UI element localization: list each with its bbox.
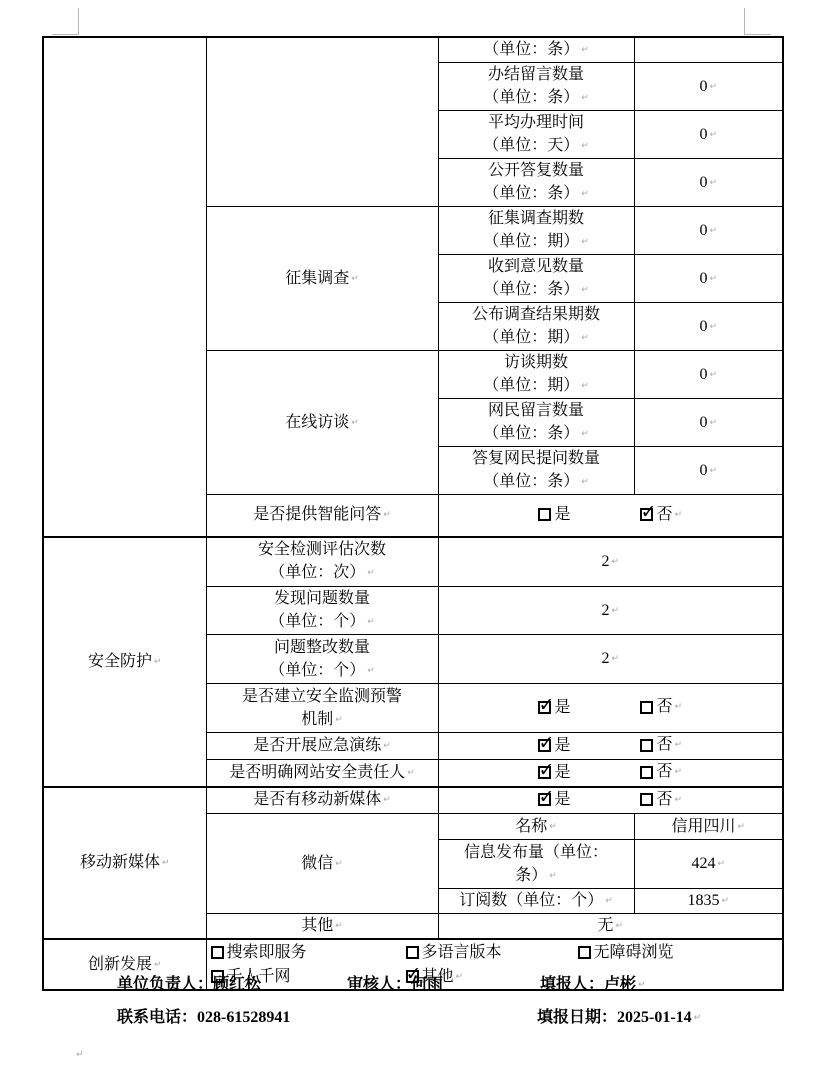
label-line: （单位：期） xyxy=(443,326,630,350)
label-line: （单位：个） xyxy=(211,610,434,634)
cell-value: 0 xyxy=(634,111,783,159)
cell-label: 答复网民提问数量 （单位：条） xyxy=(438,447,634,495)
reviewer-value: 何雨 xyxy=(411,976,443,993)
yes-label: 是 xyxy=(554,788,570,811)
label-line: 安全检测评估次数 xyxy=(211,538,434,561)
cell-label: 问题整改数量 （单位：个） xyxy=(206,635,438,684)
no-option[interactable]: 否 xyxy=(640,695,682,719)
cell-value: 2 xyxy=(438,635,783,684)
cell-value: 0 xyxy=(634,399,783,447)
no-option[interactable]: 否 xyxy=(640,733,682,757)
cell-value: 0 xyxy=(634,207,783,255)
cell-label: 公布调查结果期数 （单位：期） xyxy=(438,303,634,351)
label-line: 网民留言数量 xyxy=(443,399,630,422)
cell-label: 公开答复数量 （单位：条） xyxy=(438,159,634,207)
message-handling-group-cell xyxy=(206,37,438,207)
section1-label-cell xyxy=(43,37,206,537)
option-checkbox[interactable] xyxy=(211,946,224,959)
table-row: 安全防护 安全检测评估次数 （单位：次） 2 xyxy=(43,537,783,587)
label-line: 信息发布量（单位： xyxy=(443,841,630,864)
cell-value: 0 xyxy=(634,351,783,399)
label-line: 访谈期数 xyxy=(443,351,630,374)
label-line: 征集调查期数 xyxy=(443,207,630,230)
responsible-value: 顾红松 xyxy=(213,976,261,993)
security-warning-choice-cell: 是 否 xyxy=(438,684,783,733)
cell-value: 2 xyxy=(438,537,783,587)
cell-label: 名称 xyxy=(438,814,634,840)
innovation-options-row: 搜索即服务 多语言版本 无障碍浏览 xyxy=(211,941,779,965)
filler: 填报人：卢彬 xyxy=(540,974,646,996)
label-line: 问题整改数量 xyxy=(211,636,434,659)
has-new-media-choice-cell: 是 否 xyxy=(438,787,783,814)
label-line: 是否建立安全监测预警 xyxy=(211,685,434,708)
label-line: （单位：条） xyxy=(443,182,630,206)
no-checkbox[interactable] xyxy=(640,793,653,806)
yes-label: 是 xyxy=(554,761,570,784)
cell-label: 访谈期数 （单位：期） xyxy=(438,351,634,399)
no-checkbox[interactable] xyxy=(640,701,653,714)
no-checkbox[interactable] xyxy=(640,508,653,521)
filler-value: 卢彬 xyxy=(604,976,636,993)
label-line: （单位：条） xyxy=(443,278,630,302)
cell-label: 信息发布量（单位： 条） xyxy=(438,840,634,889)
no-option[interactable]: 否 xyxy=(640,503,682,527)
cell-label: 订阅数（单位：个） xyxy=(438,889,634,914)
cell-value: 0 xyxy=(634,255,783,303)
security-person-choice-cell: 是 否 xyxy=(438,760,783,787)
option-multilingual[interactable]: 多语言版本 xyxy=(406,941,578,964)
cell-label: 安全检测评估次数 （单位：次） xyxy=(206,537,438,587)
responsible-label: 单位负责人： xyxy=(117,976,213,993)
smart-qa-choice-cell: 是 否 xyxy=(438,495,783,537)
yes-label: 是 xyxy=(554,503,570,526)
security-section-label: 安全防护 xyxy=(43,537,206,787)
cell-label: 征集调查期数 （单位：期） xyxy=(438,207,634,255)
other-media-value: 无 xyxy=(438,914,783,940)
date-label: 填报日期： xyxy=(537,1009,617,1026)
yes-option[interactable]: 是 xyxy=(538,788,570,811)
cell-value: 0 xyxy=(634,447,783,495)
label-line: 公布调查结果期数 xyxy=(443,303,630,326)
emergency-drill-choice-cell: 是 否 xyxy=(438,733,783,760)
cell-value: 0 xyxy=(634,303,783,351)
no-label: 否 xyxy=(656,788,682,812)
other-media-label: 其他 xyxy=(206,914,438,940)
label-line: （单位：条） xyxy=(443,86,630,110)
security-person-label: 是否明确网站安全责任人 xyxy=(206,760,438,787)
wechat-group-label: 微信 xyxy=(206,814,438,914)
yes-option[interactable]: 是 xyxy=(538,696,570,719)
cell-label: 发现问题数量 （单位：个） xyxy=(206,587,438,635)
cell-label: 收到意见数量 （单位：条） xyxy=(438,255,634,303)
cell-value: 0 xyxy=(634,159,783,207)
label-line: 机制 xyxy=(211,708,434,732)
cell-value: 2 xyxy=(438,587,783,635)
cell-label: 办结留言数量 （单位：条） xyxy=(438,63,634,111)
table-row: 移动新媒体 是否有移动新媒体 是 否 xyxy=(43,787,783,814)
no-label: 否 xyxy=(656,503,682,527)
mobile-section-label: 移动新媒体 xyxy=(43,787,206,940)
option-accessibility[interactable]: 无障碍浏览 xyxy=(578,941,779,964)
text-boundary-mark-right xyxy=(744,8,771,35)
option-search-service[interactable]: 搜索即服务 xyxy=(211,941,406,964)
no-label: 否 xyxy=(656,760,682,784)
yes-option[interactable]: 是 xyxy=(538,734,570,757)
text-boundary-mark-left xyxy=(52,8,79,35)
footer-signature-line: 单位负责人：顾红松 审核人：何雨 填报人：卢彬 xyxy=(0,974,831,996)
survey-group-label: 征集调查 xyxy=(206,207,438,351)
cell-label: 是否建立安全监测预警 机制 xyxy=(206,684,438,733)
option-label: 无障碍浏览 xyxy=(594,941,674,964)
reviewer: 审核人：何雨 xyxy=(347,974,443,996)
yes-checkbox[interactable] xyxy=(538,508,551,521)
label-line: 答复网民提问数量 xyxy=(443,447,630,470)
label-line: （单位：条） xyxy=(443,38,630,62)
yes-checkbox[interactable] xyxy=(538,793,551,806)
phone-value: 028-61528941 xyxy=(197,1009,290,1026)
cell-label: （单位：条） xyxy=(438,37,634,63)
label-line: 公开答复数量 xyxy=(443,159,630,182)
no-checkbox[interactable] xyxy=(640,766,653,779)
label-line: （单位：个） xyxy=(211,659,434,683)
yes-option[interactable]: 是 xyxy=(538,761,570,784)
smart-qa-label: 是否提供智能问答 xyxy=(206,495,438,537)
yes-label: 是 xyxy=(554,734,570,757)
label-line: 办结留言数量 xyxy=(443,63,630,86)
no-label: 否 xyxy=(656,695,682,719)
yes-checkbox[interactable] xyxy=(538,701,551,714)
label-line: （单位：次） xyxy=(211,561,434,585)
page: { "checkbox_labels": { "yes": "是", "no":… xyxy=(0,0,831,1075)
yes-option[interactable]: 是 xyxy=(538,503,570,526)
no-checkbox[interactable] xyxy=(640,739,653,752)
label-line: （单位：期） xyxy=(443,374,630,398)
footer-contact-line: 联系电话：028-61528941 填报日期：2025-01-14 xyxy=(0,1007,831,1029)
cell-value: 1835 xyxy=(634,889,783,914)
yes-checkbox[interactable] xyxy=(538,739,551,752)
contact-phone: 联系电话：028-61528941 xyxy=(117,1007,290,1029)
date-value: 2025-01-14 xyxy=(617,1009,692,1026)
no-option[interactable]: 否 xyxy=(640,760,682,784)
label-line: 发现问题数量 xyxy=(211,587,434,610)
no-label: 否 xyxy=(656,733,682,757)
yes-checkbox[interactable] xyxy=(538,766,551,779)
option-label: 多语言版本 xyxy=(422,941,502,964)
annual-report-table: （单位：条） 办结留言数量 （单位：条） 0 平均办理时间 （单位：天） 0 公… xyxy=(42,36,784,991)
report-date: 填报日期：2025-01-14 xyxy=(537,1007,701,1029)
paragraph-mark xyxy=(74,1046,84,1060)
label-line: （单位：天） xyxy=(443,134,630,158)
option-checkbox[interactable] xyxy=(578,946,591,959)
phone-label: 联系电话： xyxy=(117,1009,197,1026)
has-new-media-label: 是否有移动新媒体 xyxy=(206,787,438,814)
cell-value xyxy=(634,37,783,63)
interview-group-label: 在线访谈 xyxy=(206,351,438,495)
table-row: （单位：条） xyxy=(43,37,783,63)
option-checkbox[interactable] xyxy=(406,946,419,959)
cell-value: 424 xyxy=(634,840,783,889)
cell-label: 网民留言数量 （单位：条） xyxy=(438,399,634,447)
label-line: （单位：期） xyxy=(443,230,630,254)
label-line: （单位：条） xyxy=(443,422,630,446)
cell-label: 平均办理时间 （单位：天） xyxy=(438,111,634,159)
label-line: 条） xyxy=(443,864,630,888)
option-label: 搜索即服务 xyxy=(227,941,307,964)
label-line: 平均办理时间 xyxy=(443,111,630,134)
yes-label: 是 xyxy=(554,696,570,719)
reviewer-label: 审核人： xyxy=(347,976,411,993)
no-option[interactable]: 否 xyxy=(640,788,682,812)
responsible-person: 单位负责人：顾红松 xyxy=(117,974,261,996)
cell-value: 0 xyxy=(634,63,783,111)
filler-label: 填报人： xyxy=(540,976,604,993)
cell-value: 信用四川 xyxy=(634,814,783,840)
label-line: 收到意见数量 xyxy=(443,255,630,278)
emergency-drill-label: 是否开展应急演练 xyxy=(206,733,438,760)
label-line: （单位：条） xyxy=(443,470,630,494)
